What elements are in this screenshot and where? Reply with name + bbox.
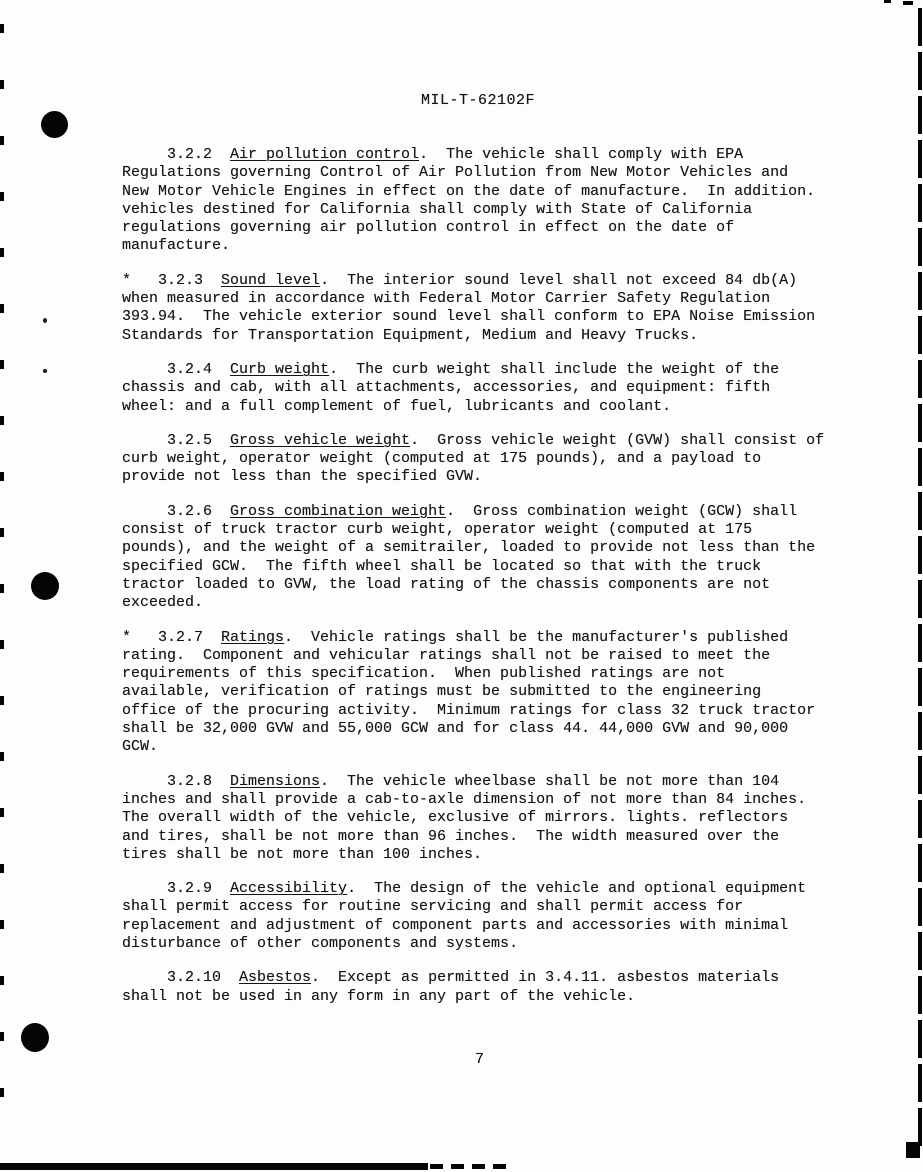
- text-line: pounds), and the weight of a semitrailer…: [122, 539, 824, 557]
- section-paragraph: 3.2.2 Air pollution control. The vehicle…: [122, 146, 824, 256]
- text-line: requirements of this specification. When…: [122, 665, 824, 683]
- hole-punch-top: [41, 111, 68, 138]
- text-line: 3.2.6 Gross combination weight. Gross co…: [122, 503, 824, 521]
- text-line: rating. Component and vehicular ratings …: [122, 647, 824, 665]
- text-line: 3.2.10 Asbestos. Except as permitted in …: [122, 969, 824, 987]
- section-title: Air pollution control: [230, 146, 419, 163]
- page-number: 7: [475, 1051, 484, 1069]
- text-line: Standards for Transportation Equipment, …: [122, 327, 824, 345]
- text-line: available, verification of ratings must …: [122, 683, 824, 701]
- margin-speck: [43, 318, 47, 323]
- text-line: provide not less than the specified GVW.: [122, 468, 824, 486]
- section-number: * 3.2.7: [122, 629, 221, 646]
- text-line: wheel: and a full complement of fuel, lu…: [122, 398, 824, 416]
- section-title: Curb weight: [230, 361, 329, 378]
- section-text: . Except as permitted in 3.4.11. asbesto…: [311, 969, 779, 986]
- text-line: * 3.2.3 Sound level. The interior sound …: [122, 272, 824, 290]
- text-line: 393.94. The vehicle exterior sound level…: [122, 308, 824, 326]
- text-line: 3.2.8 Dimensions. The vehicle wheelbase …: [122, 773, 824, 791]
- margin-speck: [43, 369, 47, 373]
- section-title: Gross combination weight: [230, 503, 446, 520]
- corner-speck: [884, 0, 891, 3]
- section-title: Dimensions: [230, 773, 320, 790]
- section-number: 3.2.2: [122, 146, 230, 163]
- section-paragraph: * 3.2.3 Sound level. The interior sound …: [122, 272, 824, 345]
- section-paragraph: 3.2.4 Curb weight. The curb weight shall…: [122, 361, 824, 416]
- scan-right-edge-line: [918, 8, 922, 1148]
- text-line: shall not be used in any form in any par…: [122, 988, 824, 1006]
- text-line: disturbance of other components and syst…: [122, 935, 824, 953]
- scan-right-edge-blot: [906, 1142, 920, 1158]
- section-number: 3.2.8: [122, 773, 230, 790]
- hole-punch-bottom: [21, 1023, 49, 1052]
- section-number: 3.2.4: [122, 361, 230, 378]
- text-line: * 3.2.7 Ratings. Vehicle ratings shall b…: [122, 629, 824, 647]
- text-line: Regulations governing Control of Air Pol…: [122, 164, 824, 182]
- section-number: 3.2.9: [122, 880, 230, 897]
- section-text: . Vehicle ratings shall be the manufactu…: [284, 629, 788, 646]
- section-text: . Gross combination weight (GCW) shall: [446, 503, 797, 520]
- section-title: Accessibility: [230, 880, 347, 897]
- section-text: . The vehicle shall comply with EPA: [419, 146, 743, 163]
- section-paragraph: 3.2.10 Asbestos. Except as permitted in …: [122, 969, 824, 1006]
- section-paragraph: 3.2.9 Accessibility. The design of the v…: [122, 880, 824, 953]
- text-line: inches and shall provide a cab-to-axle d…: [122, 791, 824, 809]
- text-line: curb weight, operator weight (computed a…: [122, 450, 824, 468]
- section-paragraph: 3.2.6 Gross combination weight. Gross co…: [122, 503, 824, 613]
- document-body: 3.2.2 Air pollution control. The vehicle…: [122, 146, 824, 1022]
- text-line: and tires, shall be not more than 96 inc…: [122, 828, 824, 846]
- section-title: Asbestos: [239, 969, 311, 986]
- section-text: . Gross vehicle weight (GVW) shall consi…: [410, 432, 824, 449]
- scanned-document-page: MIL-T-62102F 3.2.2 Air pollution control…: [0, 0, 923, 1172]
- text-line: GCW.: [122, 738, 824, 756]
- text-line: New Motor Vehicle Engines in effect on t…: [122, 183, 824, 201]
- text-line: tires shall be not more than 100 inches.: [122, 846, 824, 864]
- text-line: exceeded.: [122, 594, 824, 612]
- section-text: . The curb weight shall include the weig…: [329, 361, 779, 378]
- section-number: 3.2.10: [122, 969, 239, 986]
- text-line: 3.2.9 Accessibility. The design of the v…: [122, 880, 824, 898]
- scan-bottom-bar: [0, 1163, 428, 1170]
- text-line: manufacture.: [122, 237, 824, 255]
- section-number: 3.2.5: [122, 432, 230, 449]
- section-title: Gross vehicle weight: [230, 432, 410, 449]
- text-line: specified GCW. The fifth wheel shall be …: [122, 558, 824, 576]
- text-line: consist of truck tractor curb weight, op…: [122, 521, 824, 539]
- text-line: shall be 32,000 GVW and 55,000 GCW and f…: [122, 720, 824, 738]
- section-text: . The design of the vehicle and optional…: [347, 880, 806, 897]
- section-paragraph: 3.2.5 Gross vehicle weight. Gross vehicl…: [122, 432, 824, 487]
- section-number: * 3.2.3: [122, 272, 221, 289]
- corner-speck: [903, 1, 913, 5]
- section-paragraph: 3.2.8 Dimensions. The vehicle wheelbase …: [122, 773, 824, 864]
- text-line: regulations governing air pollution cont…: [122, 219, 824, 237]
- section-text: . The interior sound level shall not exc…: [320, 272, 797, 289]
- text-line: tractor loaded to GVW, the load rating o…: [122, 576, 824, 594]
- text-line: 3.2.4 Curb weight. The curb weight shall…: [122, 361, 824, 379]
- text-line: when measured in accordance with Federal…: [122, 290, 824, 308]
- text-line: replacement and adjustment of component …: [122, 917, 824, 935]
- section-title: Ratings: [221, 629, 284, 646]
- scan-bottom-bar-dashes: [430, 1164, 508, 1169]
- document-id-header: MIL-T-62102F: [421, 92, 535, 110]
- text-line: shall permit access for routine servicin…: [122, 898, 824, 916]
- text-line: 3.2.2 Air pollution control. The vehicle…: [122, 146, 824, 164]
- hole-punch-middle: [31, 572, 59, 600]
- section-text: . The vehicle wheelbase shall be not mor…: [320, 773, 779, 790]
- text-line: The overall width of the vehicle, exclus…: [122, 809, 824, 827]
- text-line: office of the procuring activity. Minimu…: [122, 702, 824, 720]
- text-line: chassis and cab, with all attachments, a…: [122, 379, 824, 397]
- scan-left-edge-marks: [0, 24, 4, 1142]
- section-title: Sound level: [221, 272, 320, 289]
- section-number: 3.2.6: [122, 503, 230, 520]
- text-line: 3.2.5 Gross vehicle weight. Gross vehicl…: [122, 432, 824, 450]
- section-paragraph: * 3.2.7 Ratings. Vehicle ratings shall b…: [122, 629, 824, 757]
- text-line: vehicles destined for California shall c…: [122, 201, 824, 219]
